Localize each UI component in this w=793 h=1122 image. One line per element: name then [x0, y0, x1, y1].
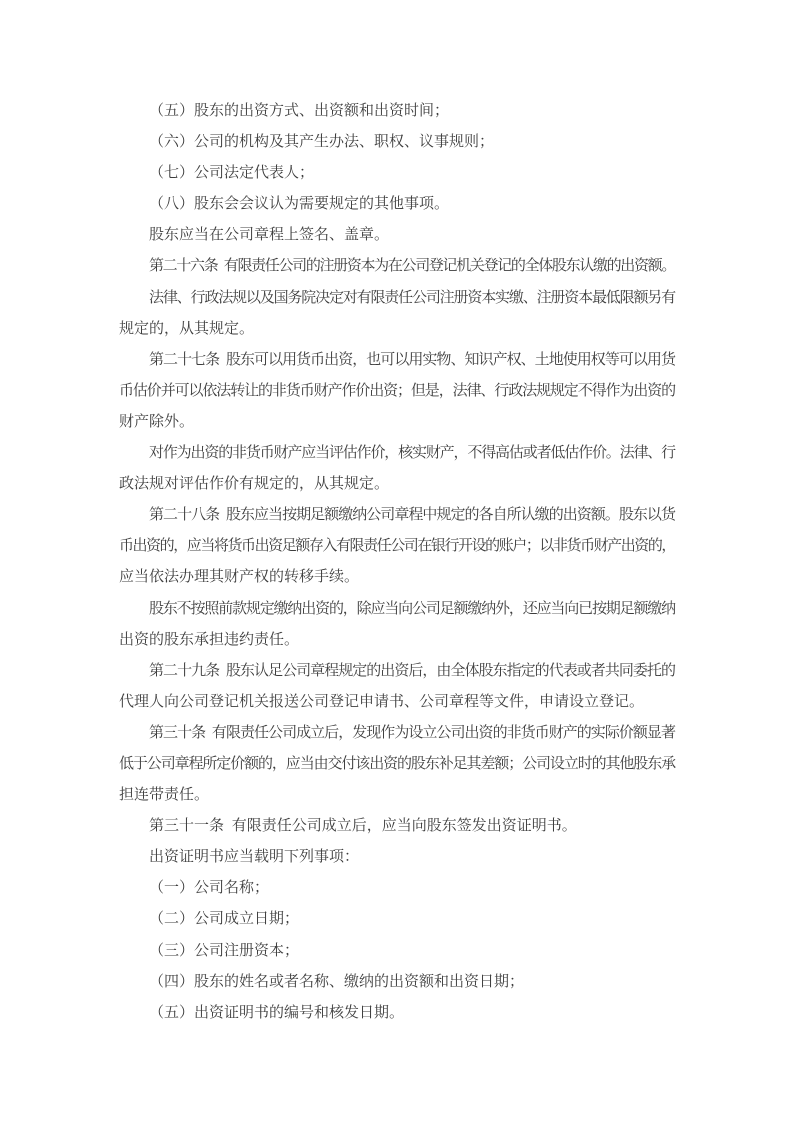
- line-text: （五）出资证明书的编号和核发日期。: [149, 1005, 404, 1021]
- line-text: 规定的，从其规定。: [119, 321, 254, 337]
- line-text: 第三十条 有限责任公司成立后，发现作为设立公司出资的非货币财产的实际价额显著: [149, 725, 675, 741]
- line-text: 第二十六条 有限责任公司的注册资本为在公司登记机关登记的全体股东认缴的出资额。: [149, 258, 675, 274]
- document-line: 低于公司章程所定价额的，应当由交付该出资的股东补足其差额；公司设立时的其他股东承: [119, 749, 675, 780]
- document-line: 股东不按照前款规定缴纳出资的，除应当向公司足额缴纳外，还应当向已按期足额缴纳: [119, 594, 675, 625]
- document-line: （八）股东会会议认为需要规定的其他事项。: [119, 189, 675, 220]
- document-line: 规定的，从其规定。: [119, 314, 675, 345]
- line-text: 应当依法办理其财产权的转移手续。: [119, 569, 359, 585]
- line-text: 第二十八条 股东应当按期足额缴纳公司章程中规定的各自所认缴的出资额。股东以货: [149, 507, 675, 523]
- document-line: 第二十六条 有限责任公司的注册资本为在公司登记机关登记的全体股东认缴的出资额。: [119, 251, 675, 282]
- document-line: 出资的股东承担违约责任。: [119, 625, 675, 656]
- line-text: 对作为出资的非货币财产应当评估作价，核实财产，不得高估或者低估作价。法律、行: [149, 445, 675, 461]
- document-line: （六）公司的机构及其产生办法、职权、议事规则；: [119, 127, 675, 158]
- line-text: 股东应当在公司章程上签名、盖章。: [149, 227, 389, 243]
- line-text: 财产除外。: [119, 414, 194, 430]
- line-text: 代理人向公司登记机关报送公司登记申请书、公司章程等文件，申请设立登记。: [119, 694, 644, 710]
- document-line: 第二十七条 股东可以用货币出资，也可以用实物、知识产权、土地使用权等可以用货: [119, 345, 675, 376]
- document-line: 政法规对评估作价有规定的，从其规定。: [119, 469, 675, 500]
- document-line: 出资证明书应当载明下列事项：: [119, 842, 675, 873]
- document-line: （四）股东的姓名或者名称、缴纳的出资额和出资日期；: [119, 967, 675, 998]
- document-text: （五）股东的出资方式、出资额和出资时间；（六）公司的机构及其产生办法、职权、议事…: [119, 96, 675, 1029]
- line-text: （六）公司的机构及其产生办法、职权、议事规则；: [149, 134, 494, 150]
- line-text: 出资的股东承担违约责任。: [119, 632, 299, 648]
- document-line: （三）公司注册资本；: [119, 936, 675, 967]
- document-line: 第二十九条 股东认足公司章程规定的出资后，由全体股东指定的代表或者共同委托的: [119, 656, 675, 687]
- document-line: 第二十八条 股东应当按期足额缴纳公司章程中规定的各自所认缴的出资额。股东以货: [119, 500, 675, 531]
- line-text: （八）股东会会议认为需要规定的其他事项。: [149, 196, 449, 212]
- document-line: （五）股东的出资方式、出资额和出资时间；: [119, 96, 675, 127]
- document-line: 第三十条 有限责任公司成立后，发现作为设立公司出资的非货币财产的实际价额显著: [119, 718, 675, 749]
- line-text: 股东不按照前款规定缴纳出资的，除应当向公司足额缴纳外，还应当向已按期足额缴纳: [149, 601, 675, 617]
- line-text: （三）公司注册资本；: [149, 943, 299, 959]
- line-text: 币出资的，应当将货币出资足额存入有限责任公司在银行开设的账户；以非货币财产出资的…: [119, 538, 675, 554]
- document-line: 对作为出资的非货币财产应当评估作价，核实财产，不得高估或者低估作价。法律、行: [119, 438, 675, 469]
- line-text: （四）股东的姓名或者名称、缴纳的出资额和出资日期；: [149, 974, 524, 990]
- document-line: 应当依法办理其财产权的转移手续。: [119, 562, 675, 593]
- document-line: 法律、行政法规以及国务院决定对有限责任公司注册资本实缴、注册资本最低限额另有: [119, 283, 675, 314]
- line-text: 第二十七条 股东可以用货币出资，也可以用实物、知识产权、土地使用权等可以用货: [149, 352, 675, 368]
- document-line: 股东应当在公司章程上签名、盖章。: [119, 220, 675, 251]
- document-line: 代理人向公司登记机关报送公司登记申请书、公司章程等文件，申请设立登记。: [119, 687, 675, 718]
- line-text: 低于公司章程所定价额的，应当由交付该出资的股东补足其差额；公司设立时的其他股东承: [119, 756, 675, 772]
- document-line: （五）出资证明书的编号和核发日期。: [119, 998, 675, 1029]
- document-line: （二）公司成立日期；: [119, 904, 675, 935]
- line-text: 担连带责任。: [119, 787, 209, 803]
- document-line: 财产除外。: [119, 407, 675, 438]
- document-line: （一）公司名称；: [119, 873, 675, 904]
- line-text: 第二十九条 股东认足公司章程规定的出资后，由全体股东指定的代表或者共同委托的: [149, 663, 675, 679]
- line-text: 出资证明书应当载明下列事项：: [149, 849, 359, 865]
- document-line: 币估价并可以依法转让的非货币财产作价出资；但是，法律、行政法规规定不得作为出资的: [119, 376, 675, 407]
- line-text: 币估价并可以依法转让的非货币财产作价出资；但是，法律、行政法规规定不得作为出资的: [119, 383, 675, 399]
- line-text: （二）公司成立日期；: [149, 911, 299, 927]
- line-text: 第三十一条 有限责任公司成立后，应当向股东签发出资证明书。: [149, 818, 577, 834]
- line-text: 法律、行政法规以及国务院决定对有限责任公司注册资本实缴、注册资本最低限额另有: [149, 290, 675, 306]
- document-line: 第三十一条 有限责任公司成立后，应当向股东签发出资证明书。: [119, 811, 675, 842]
- document-line: 币出资的，应当将货币出资足额存入有限责任公司在银行开设的账户；以非货币财产出资的…: [119, 531, 675, 562]
- document-line: （七）公司法定代表人；: [119, 158, 675, 189]
- document-page: （五）股东的出资方式、出资额和出资时间；（六）公司的机构及其产生办法、职权、议事…: [0, 0, 793, 1122]
- line-text: 政法规对评估作价有规定的，从其规定。: [119, 476, 389, 492]
- document-line: 担连带责任。: [119, 780, 675, 811]
- line-text: （一）公司名称；: [149, 880, 269, 896]
- line-text: （五）股东的出资方式、出资额和出资时间；: [149, 103, 449, 119]
- line-text: （七）公司法定代表人；: [149, 165, 314, 181]
